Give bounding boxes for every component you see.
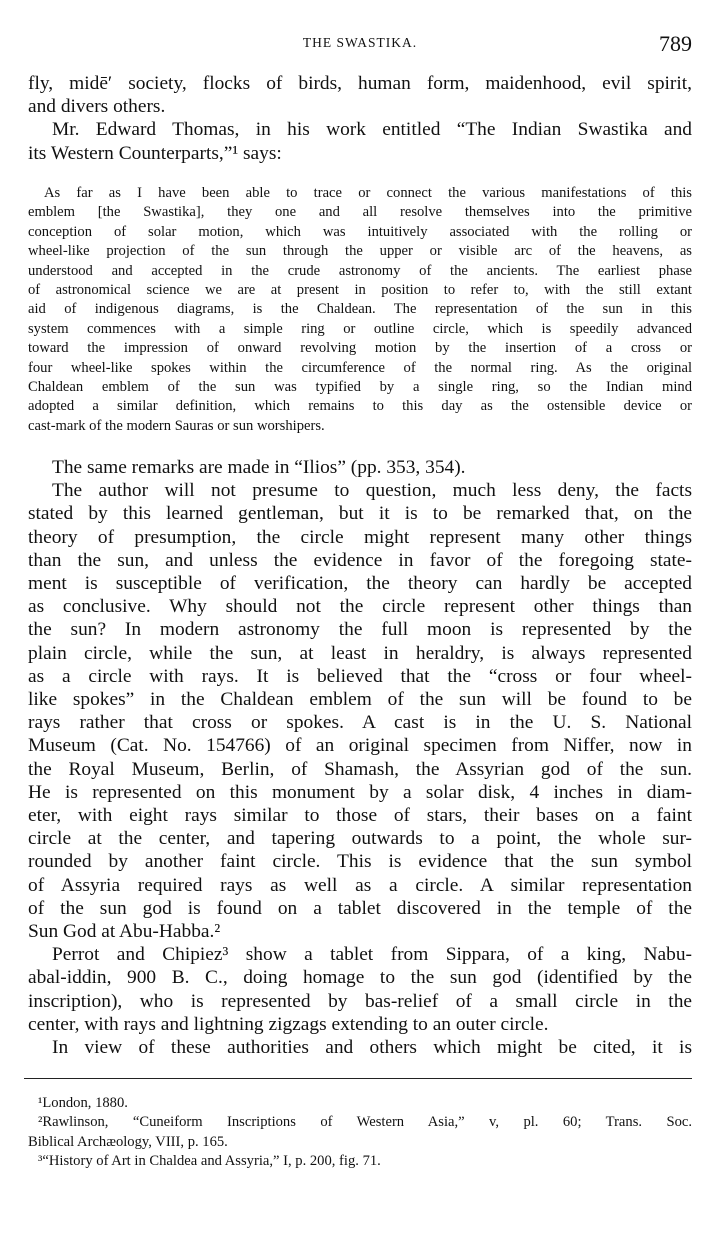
- block-quote: As far as I have been able to trace or c…: [28, 184, 692, 436]
- text-line: abal-iddin, 900 B. C., doing homage to t…: [28, 966, 692, 989]
- text-line: Museum (Cat. No. 154766) of an original …: [28, 734, 692, 757]
- text-line: as conclusive. Why should not the circle…: [28, 595, 692, 618]
- quote-line: adopted a similar definition, which rema…: [28, 397, 692, 416]
- quote-line: cast-mark of the modern Sauras or sun wo…: [28, 417, 692, 436]
- text-line: plain circle, while the sun, at least in…: [28, 642, 692, 665]
- text-line: The author will not presume to question,…: [28, 479, 692, 502]
- text-line: rays rather that cross or spokes. A cast…: [28, 711, 692, 734]
- footnotes: ¹London, 1880. ²Rawlinson, “Cuneiform In…: [28, 1094, 692, 1172]
- body-main: The same remarks are made in “Ilios” (pp…: [28, 456, 692, 1059]
- text-line: and divers others.: [28, 95, 692, 118]
- text-line: eter, with eight rays similar to those o…: [28, 804, 692, 827]
- text-line: Perrot and Chipiez³ show a tablet from S…: [28, 943, 692, 966]
- text-line: Sun God at Abu-Habba.²: [28, 920, 692, 943]
- text-line: center, with rays and lightning zigzags …: [28, 1013, 692, 1036]
- text-line: like spokes” in the Chaldean emblem of t…: [28, 688, 692, 711]
- text-line: of the sun god is found on a tablet disc…: [28, 897, 692, 920]
- quote-line: wheel-like projection of the sun through…: [28, 242, 692, 261]
- footnote-line: ¹London, 1880.: [28, 1094, 692, 1113]
- text-line: The same remarks are made in “Ilios” (pp…: [28, 456, 692, 479]
- quote-line: four wheel-like spokes within the circum…: [28, 359, 692, 378]
- quote-line: system commences with a simple ring or o…: [28, 320, 692, 339]
- text-line: He is represented on this monument by a …: [28, 781, 692, 804]
- footnote-line: ²Rawlinson, “Cuneiform Inscriptions of W…: [28, 1113, 692, 1132]
- quote-line: of astronomical science we are at presen…: [28, 281, 692, 300]
- quote-line: aid of indigenous diagrams, is the Chald…: [28, 300, 692, 319]
- text-line: the Royal Museum, Berlin, of Shamash, th…: [28, 758, 692, 781]
- text-line: circle at the center, and tapering outwa…: [28, 827, 692, 850]
- text-line: theory of presumption, the circle might …: [28, 526, 692, 549]
- quote-line: emblem [the Swastika], they one and all …: [28, 203, 692, 222]
- page-number: 789: [659, 31, 692, 57]
- body-paragraph-intro: fly, midē′ society, flocks of birds, hum…: [28, 72, 692, 165]
- quote-line: Chaldean emblem of the sun was typified …: [28, 378, 692, 397]
- text-line: its Western Counterparts,”¹ says:: [28, 142, 692, 165]
- quote-line: toward the impression of onward revolvin…: [28, 339, 692, 358]
- text-line: Mr. Edward Thomas, in his work entitled …: [28, 118, 692, 141]
- document-page: THE SWASTIKA. 789 fly, midē′ society, fl…: [0, 0, 723, 1249]
- text-line: ment is susceptible of verification, the…: [28, 572, 692, 595]
- text-line: fly, midē′ society, flocks of birds, hum…: [28, 72, 692, 95]
- text-line: as a circle with rays. It is believed th…: [28, 665, 692, 688]
- footnote-line: Biblical Archæology, VIII, p. 165.: [28, 1133, 692, 1152]
- page-header: THE SWASTIKA. 789: [28, 31, 692, 57]
- quote-line: As far as I have been able to trace or c…: [28, 184, 692, 203]
- text-line: In view of these authorities and others …: [28, 1036, 692, 1059]
- footnote-line: ³“History of Art in Chaldea and Assyria,…: [28, 1152, 692, 1171]
- text-line: rounded by another faint circle. This is…: [28, 850, 692, 873]
- quote-line: understood and accepted in the crude ast…: [28, 262, 692, 281]
- text-line: stated by this learned gentleman, but it…: [28, 502, 692, 525]
- text-line: inscription), who is represented by bas-…: [28, 990, 692, 1013]
- running-title: THE SWASTIKA.: [28, 35, 692, 51]
- footnote-separator: [24, 1078, 692, 1079]
- text-line: the sun? In modern astronomy the full mo…: [28, 618, 692, 641]
- quote-line: conception of solar motion, which was in…: [28, 223, 692, 242]
- text-line: of Assyria required rays as well as a ci…: [28, 874, 692, 897]
- text-line: than the sun, and unless the evidence in…: [28, 549, 692, 572]
